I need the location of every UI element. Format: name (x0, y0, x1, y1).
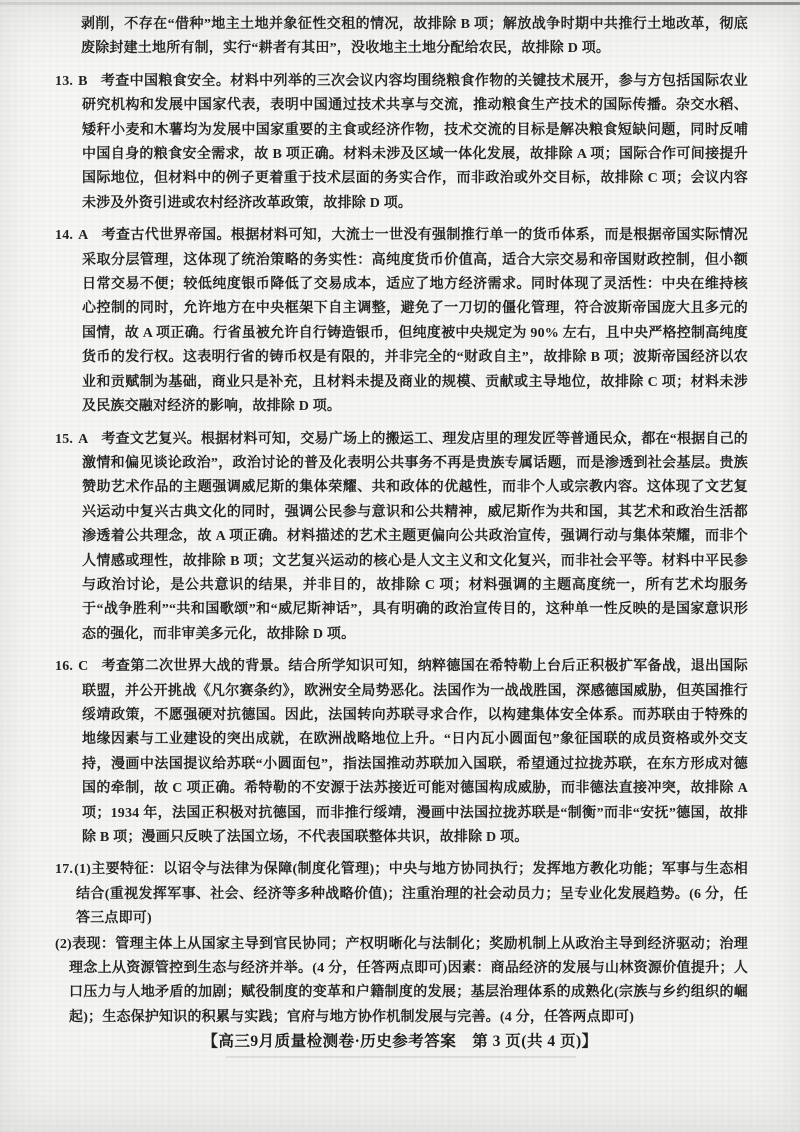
explanation-13: 考查中国粮食安全。材料中列举的三次会议内容均围绕粮食作物的关键技术展开，参与方包… (82, 74, 748, 211)
answer-text-column: 剥削，不存在“借种”地主土地并象征性交租的情况，故排除 B 项；解放战争时期中共… (55, 13, 748, 1030)
footer-scan-line-artifact (226, 1056, 576, 1058)
answer-17-part1-text: (1)主要特征：以诏令与法律为保障(制度化管理)；中央与地方协同执行；发挥地方教… (74, 862, 748, 926)
page-footer-text: 【高三9月质量检测卷·历史参考答案 第 3 页(共 4 页)】 (202, 1033, 597, 1050)
explanation-16: 考查第二次世界大战的背景。结合所学知识可知，纳粹德国在希特勒上台后正积极扩军备战… (82, 659, 748, 845)
answer-letter-16: C (74, 659, 101, 674)
question-number-16: 16. (55, 659, 74, 674)
explanation-15: 考查文艺复兴。根据材料可知，交易广场上的搬运工、理发店里的理发匠等普通民众，都在… (82, 432, 748, 642)
scan-top-edge-artifact (0, 2, 800, 5)
question-number-15: 15. (55, 432, 74, 447)
answer-letter-14: A (74, 228, 101, 243)
answer-item-17-part2: (2)表现：管理主体上从国家主导到官民协同；产权明晰化与法制化；奖励机制上从政治… (55, 933, 748, 1031)
carryover-paragraph: 剥削，不存在“借种”地主土地并象征性交租的情况，故排除 B 项；解放战争时期中共… (81, 13, 748, 62)
answer-item-17-part1: 17.(1)主要特征：以诏令与法律为保障(制度化管理)；中央与地方协同执行；发挥… (55, 858, 748, 931)
scanned-answer-key-page: 剥削，不存在“借种”地主土地并象征性交租的情况，故排除 B 项；解放战争时期中共… (0, 0, 800, 1132)
question-number-14: 14. (55, 228, 74, 243)
answer-letter-15: A (74, 432, 101, 447)
explanation-14: 考查古代世界帝国。根据材料可知，大流士一世没有强制推行单一的货币体系，而是根据帝… (82, 228, 748, 414)
question-number-13: 13. (55, 74, 74, 89)
question-number-17: 17. (55, 862, 74, 877)
answer-item-16: 16.C考查第二次世界大战的背景。结合所学知识可知，纳粹德国在希特勒上台后正积极… (55, 655, 748, 850)
answer-item-15: 15.A考查文艺复兴。根据材料可知，交易广场上的搬运工、理发店里的理发匠等普通民… (55, 428, 748, 648)
answer-item-14: 14.A考查古代世界帝国。根据材料可知，大流士一世没有强制推行单一的货币体系，而… (55, 224, 748, 419)
answer-letter-13: B (74, 74, 101, 89)
answer-item-13: 13.B考查中国粮食安全。材料中列举的三次会议内容均围绕粮食作物的关键技术展开，… (55, 70, 748, 216)
page-footer: 【高三9月质量检测卷·历史参考答案 第 3 页(共 4 页)】 (0, 1029, 800, 1051)
